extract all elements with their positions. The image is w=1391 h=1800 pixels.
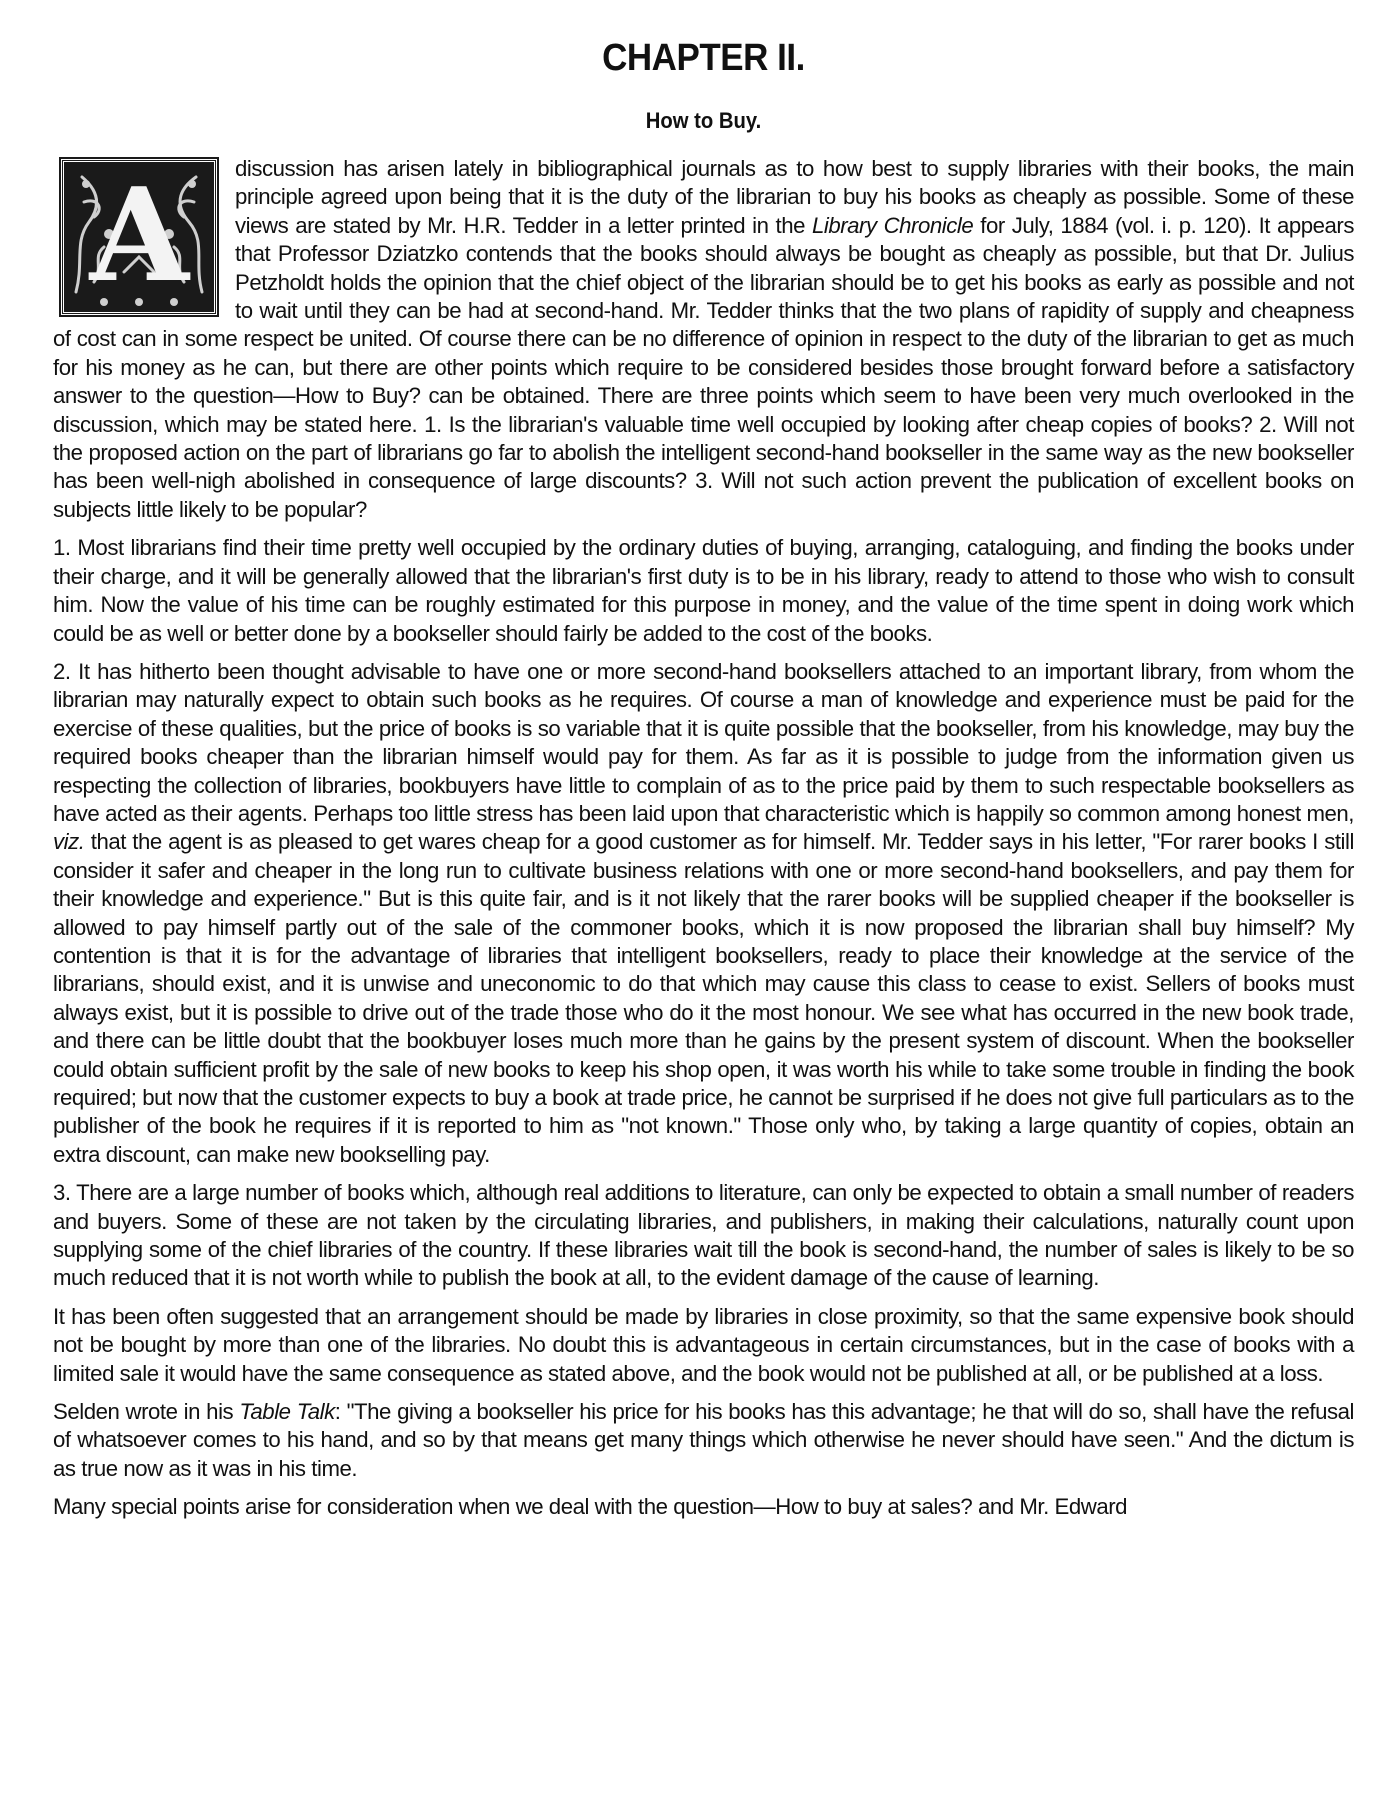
chapter-body: A discussion has arisen lately in biblio…: [53, 155, 1354, 1532]
italic-title-table-talk: Table Talk: [239, 1399, 334, 1424]
paragraph-text: that the agent is as pleased to get ware…: [53, 829, 1354, 1166]
paragraph-selden: Selden wrote in his Table Talk: "The giv…: [53, 1398, 1354, 1483]
italic-viz: viz.: [53, 829, 84, 854]
paragraph-text: 2. It has hitherto been thought advisabl…: [53, 659, 1354, 826]
italic-title-library-chronicle: Library Chronicle: [812, 213, 973, 238]
paragraph-sales: Many special points arise for considerat…: [53, 1493, 1354, 1521]
chapter-subtitle: How to Buy.: [105, 108, 1302, 134]
chapter-title: CHAPTER II.: [105, 0, 1302, 82]
paragraph-text: Selden wrote in his: [53, 1399, 239, 1424]
paragraph-point-3: 3. There are a large number of books whi…: [53, 1179, 1354, 1293]
paragraph-text: for July, 1884 (vol. i. p. 120). It appe…: [53, 213, 1354, 522]
document-page: CHAPTER II. How to Buy.: [53, 0, 1354, 82]
paragraph-point-1: 1. Most librarians find their time prett…: [53, 534, 1354, 648]
ornamental-initial-a-icon: A: [61, 159, 217, 315]
dropcap-letter: A: [64, 166, 214, 306]
paragraph-point-2: 2. It has hitherto been thought advisabl…: [53, 658, 1354, 1169]
paragraph-intro: A discussion has arisen lately in biblio…: [53, 155, 1354, 524]
paragraph-arrangement: It has been often suggested that an arra…: [53, 1303, 1354, 1388]
